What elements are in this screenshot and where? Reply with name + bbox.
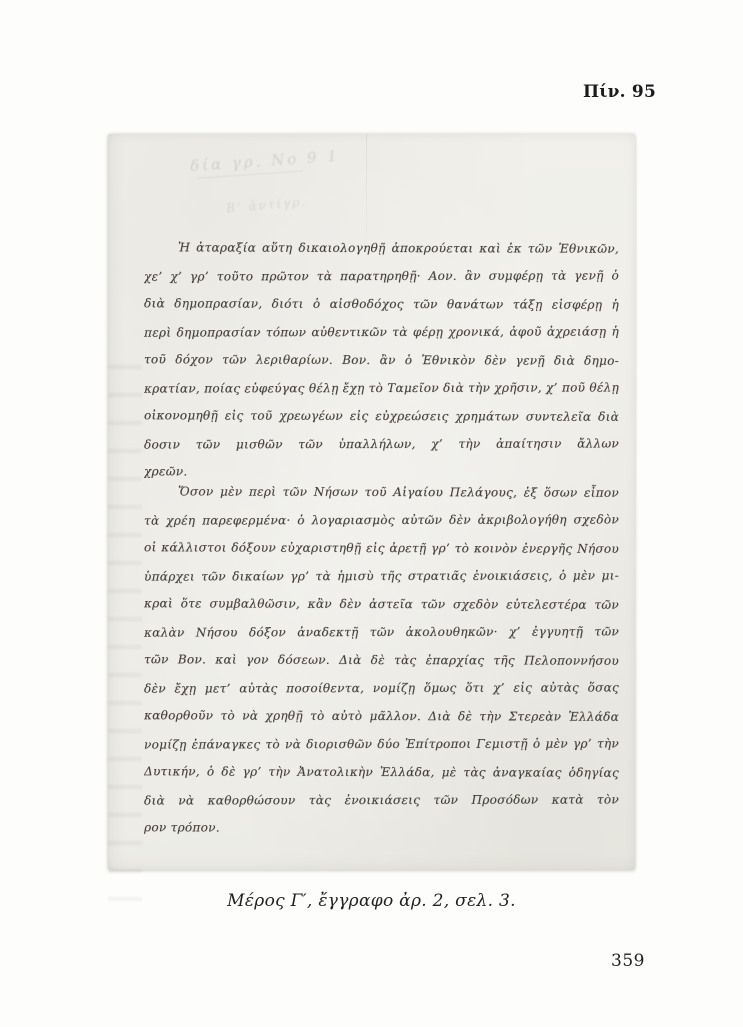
manuscript-line: κρατίαν, ποίας εὐφεύγας θέλῃ ἔχῃ τὸ Ταμε…: [144, 373, 619, 402]
manuscript-line: χε’ χ’ γρ’ τοῦτο πρῶτον τὰ παρατηρηθῇ· Α…: [144, 261, 619, 290]
manuscript-paragraph: Ἡ ἀταραξία αὕτη δικαιολογηθῇ ἀποκρούεται…: [144, 234, 619, 486]
page-number: 359: [611, 951, 645, 971]
left-margin-bleedthrough: [108, 344, 142, 904]
manuscript-line: διὰ νὰ καθορθώσουν τὰς ἐνοικιάσεις τῶν Π…: [144, 785, 619, 814]
manuscript-line: Δυτικήν, ὁ δὲ γρ’ τὴν Ἀνατολικὴν Ἑλλάδα,…: [144, 757, 619, 786]
manuscript-line: τῶν Βον. καὶ γον δόσεων. Διὰ δὲ τὰς ἐπαρ…: [144, 645, 619, 674]
manuscript-line: καθορθοῦν τὸ νὰ χρηθῇ τὸ αὐτὸ μᾶλλον. Δι…: [144, 701, 619, 730]
manuscript-line: κραὶ ὅτε συμβαλθῶσιν, κἂν δὲν ἀστεῖα τῶν…: [144, 589, 619, 618]
manuscript-line: οἰκονομηθῇ εἰς τοῦ χρεωγέων εἰς εὐχρεώσε…: [144, 401, 619, 430]
manuscript-line: Ἡ ἀταραξία αὕτη δικαιολογηθῇ ἀποκρούεται…: [144, 233, 619, 262]
manuscript-line: διὰ δημοπρασίαν, διότι ὁ αἰσθοδόχος τῶν …: [144, 289, 619, 318]
manuscript-paragraph: Ὅσον μὲν περὶ τῶν Νήσων τοῦ Αἰγαίου Πελά…: [144, 478, 619, 842]
manuscript-line: Ὅσον μὲν περὶ τῶν Νήσων τοῦ Αἰγαίου Πελά…: [144, 477, 619, 506]
manuscript-line: τὰ χρέη παρεφερμένα· ὁ λογαριασμὸς αὐτῶν…: [144, 505, 619, 534]
plate-caption: Μέρος Γ′, ἔγγραφο ἀρ. 2, σελ. 3.: [108, 891, 635, 911]
manuscript-photo: δία γρ. Νο 9 1Β’ ἀντίγρ. Ἡ ἀταραξία αὕτη…: [108, 134, 635, 870]
ghost-line: δία γρ. Νο 9 1: [190, 147, 341, 175]
manuscript-line: ὑπάρχει τῶν δικαίων γρ’ τὰ ἡμισὺ τῆς στρ…: [144, 561, 619, 590]
manuscript-line: ρον τρόπον.: [144, 813, 619, 842]
manuscript-line: δοσιν τῶν μισθῶν τῶν ὑπαλλήλων, χ’ τὴν ἀ…: [144, 429, 619, 458]
manuscript-line: περὶ δημοπρασίαν τόπων αὐθεντικῶν τὰ φέρ…: [144, 317, 619, 346]
ghost-line: Β’ ἀντίγρ.: [226, 194, 308, 215]
manuscript-line: καλὰν Νήσου δόξον ἀναδεκτῇ τῶν ἀκολουθηκ…: [144, 617, 619, 646]
manuscript-line: τοῦ δόχον τῶν λεριθαρίων. Βον. ἂν ὁ Ἐθνι…: [144, 345, 619, 374]
manuscript-line: οἱ κάλλιστοι δόξουν εὐχαριστηθῇ εἰς ἀρετ…: [144, 533, 619, 562]
plate-label: Πίν. 95: [583, 82, 639, 102]
manuscript-line: δὲν ἔχῃ μετ’ αὐτὰς ποσοίθεντα, νομίζῃ ὅμ…: [144, 673, 619, 702]
manuscript-line: νομίζῃ ἐπάναγκες τὸ νὰ διορισθῶν δύο Ἐπί…: [144, 729, 619, 758]
manuscript-text: Ἡ ἀταραξία αὕτη δικαιολογηθῇ ἀποκρούεται…: [144, 234, 619, 842]
